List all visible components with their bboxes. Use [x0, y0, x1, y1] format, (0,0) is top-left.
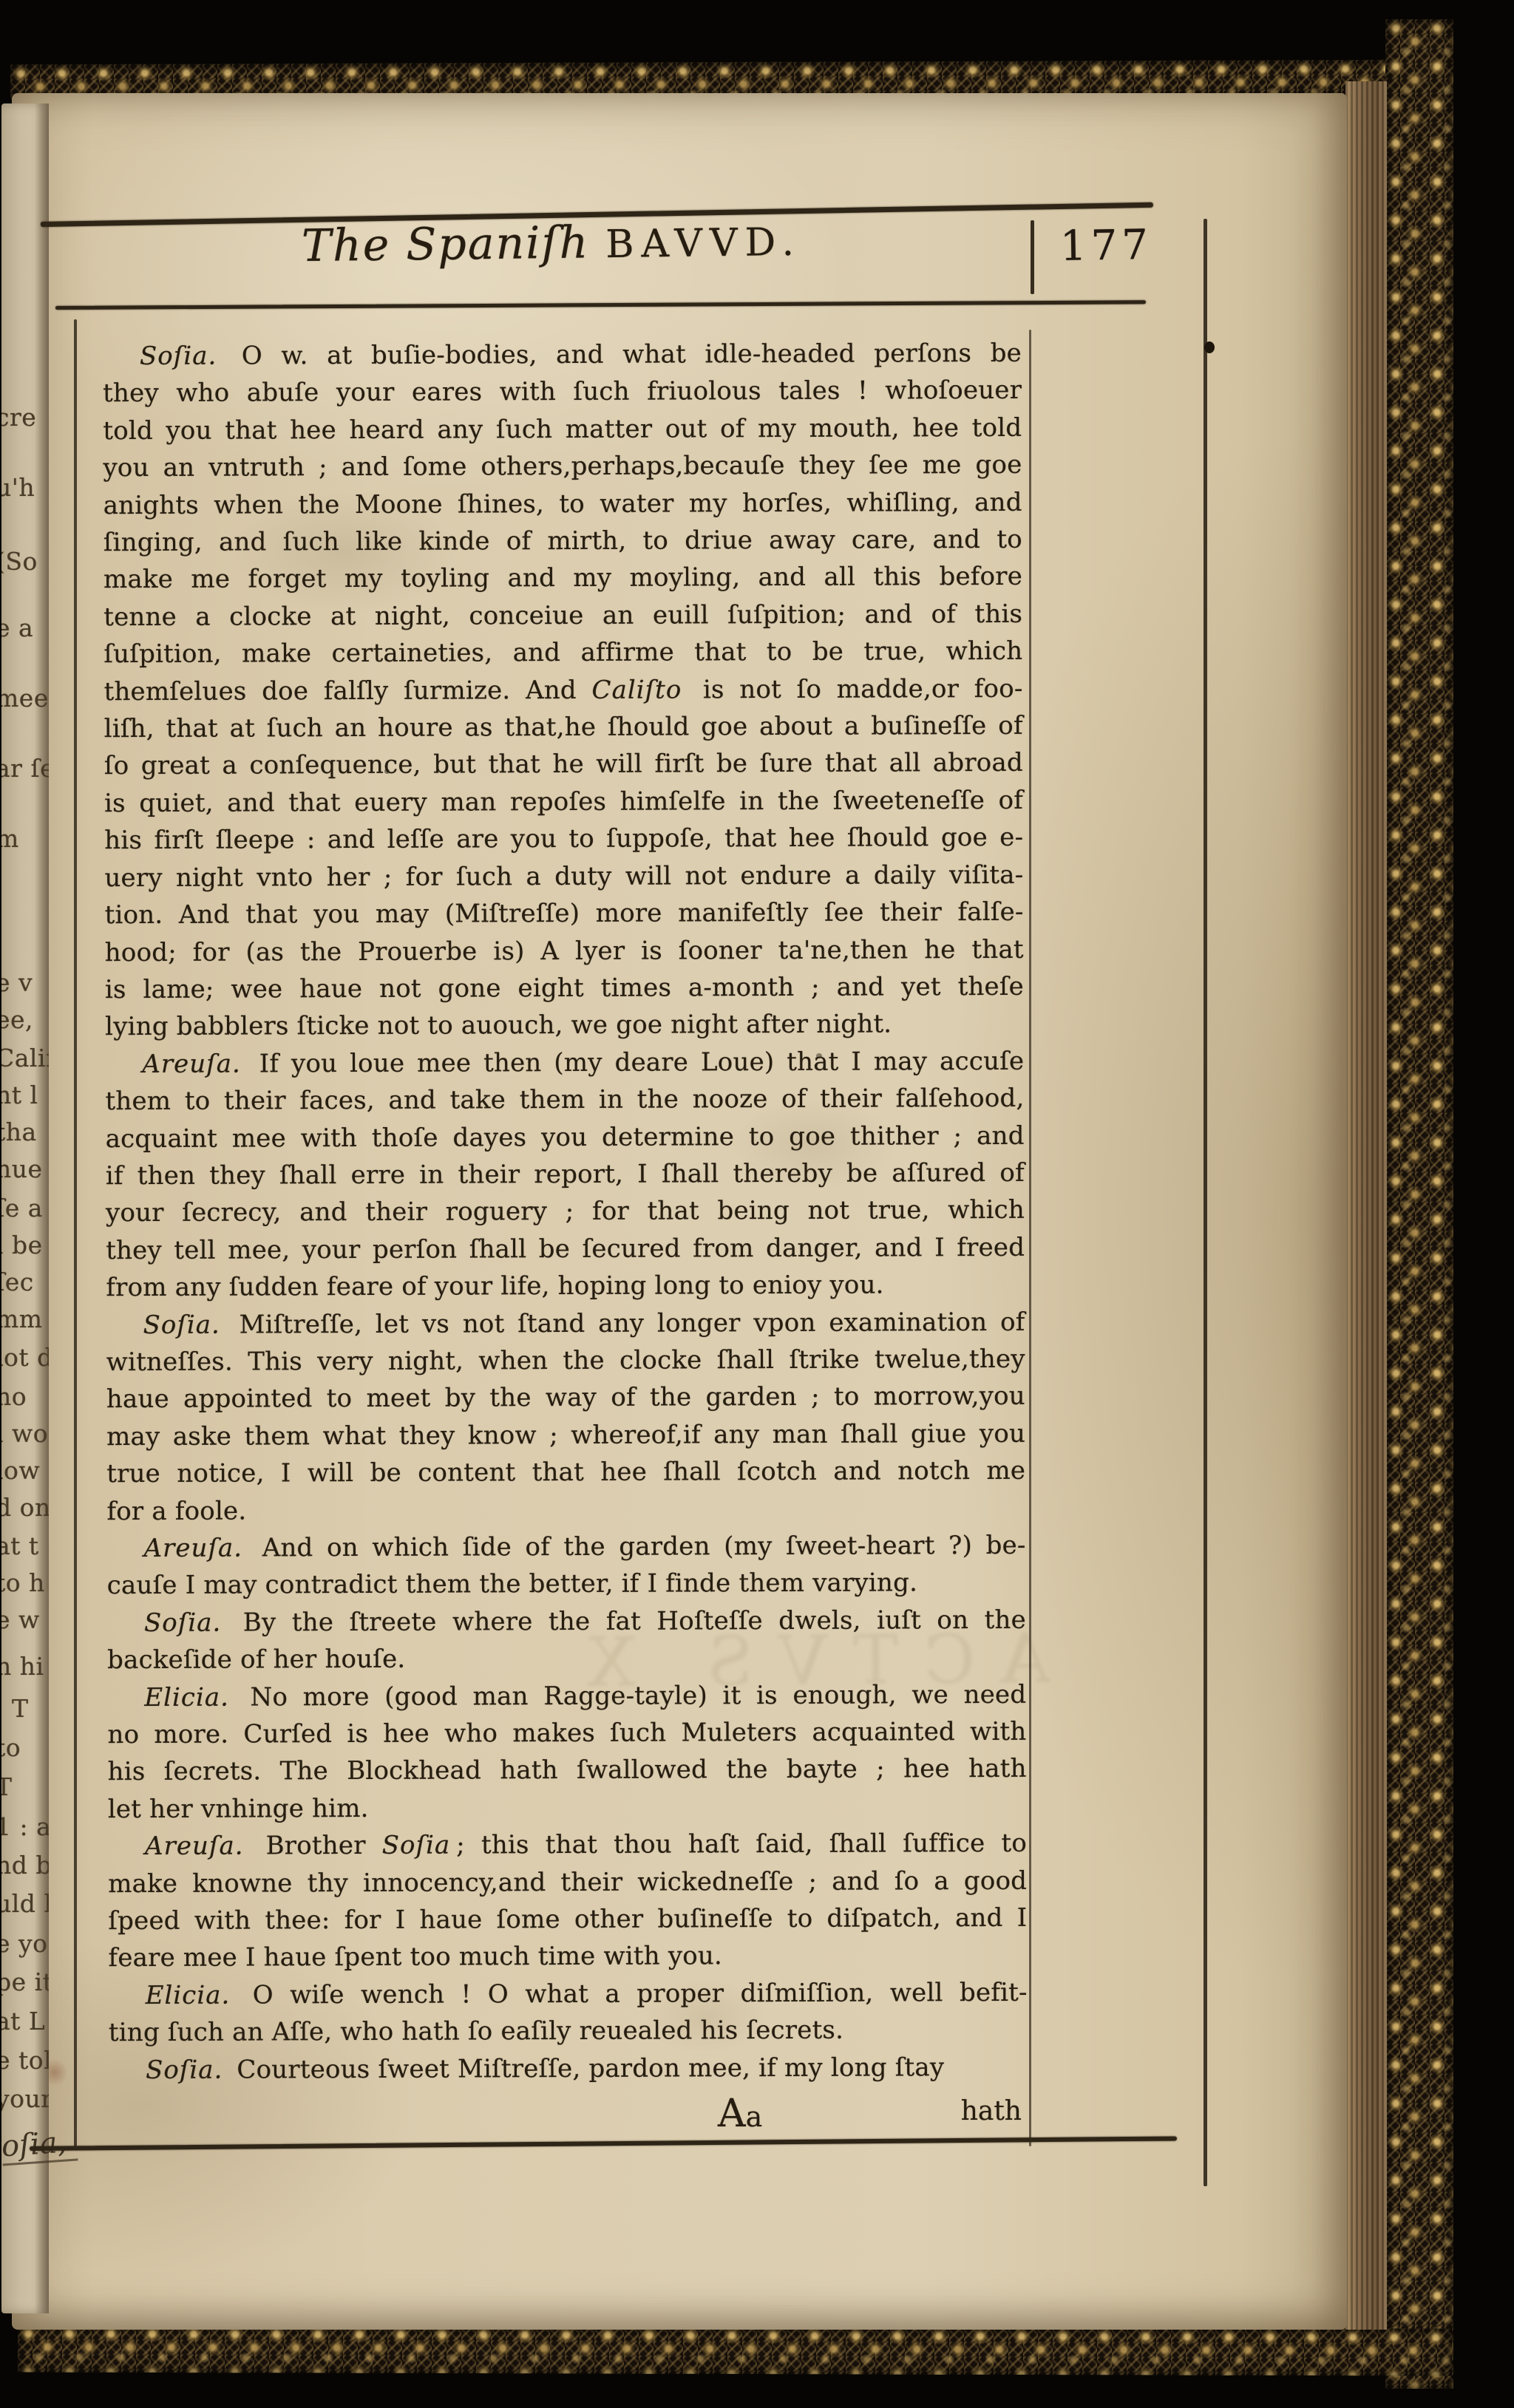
text-line: make me forget my toyling and my moyling…	[103, 558, 1022, 599]
margin-text-fragment: l be	[1, 1231, 43, 1259]
page-number: 177	[1059, 221, 1149, 271]
margin-scribble: oſia,	[0, 2124, 78, 2166]
gilt-edge-bottom	[18, 2324, 1452, 2375]
text-line: ſpeed with thee: for I haue ſome other b…	[108, 1899, 1027, 1940]
text-line: his ſecrets. The Blockhead hath ſwallowe…	[108, 1750, 1027, 1791]
margin-text-fragment: nue	[1, 1154, 43, 1183]
text-line: feare mee I haue ſpent too much time wit…	[108, 1936, 1027, 1977]
margin-text-fragment: to	[1, 1733, 21, 1762]
text-line: acquaint mee with thoſe dayes you determ…	[106, 1117, 1025, 1157]
text-line: lying babblers ſticke not to auouch, we …	[105, 1005, 1024, 1046]
text-line: if then they ſhall erre in their report,…	[106, 1154, 1025, 1195]
margin-text-fragment: at t	[1, 1531, 39, 1560]
text-line: ſo great a conſequence, but that he will…	[104, 744, 1023, 785]
margin-text-fragment: to h	[1, 1568, 45, 1597]
margin-text-fragment: e v	[1, 968, 33, 997]
text-line: themſelues doe falſly ſurmize. And Caliſ…	[103, 670, 1022, 710]
running-title-caps: BAVVD.	[605, 220, 801, 267]
direction-line: Aa hath	[106, 2092, 1025, 2136]
margin-text-fragment: ſec	[1, 1268, 34, 1296]
text-line: his firſt ſleepe : and leſſe are you to …	[104, 819, 1023, 860]
photo-of-open-book: { "colors":{ "background":"#060503", "pa…	[0, 0, 1514, 2408]
text-line: backeſide of her houſe.	[107, 1639, 1026, 1679]
text-line: cauſe I may contradict them the better, …	[107, 1564, 1026, 1605]
catchword: hath	[961, 2096, 1022, 2126]
text-line: Areuſa. And on which ſide of the garden …	[106, 1527, 1025, 1568]
margin-text-fragment: (So	[1, 547, 38, 576]
text-line: ſinging, and ſuch like kinde of mirth, t…	[103, 521, 1022, 562]
margin-text-fragment: T	[1, 1772, 13, 1801]
margin-text-fragment: ht l	[1, 1081, 38, 1109]
text-line: true notice, I will be content that hee …	[106, 1452, 1025, 1493]
text-line: Soſia. By the ſtreete where the fat Hoſt…	[107, 1602, 1026, 1642]
margin-text-fragment: e a	[1, 613, 33, 642]
text-frame-left-rule	[74, 319, 77, 2148]
text-line: is lame; wee haue not gone eight times a…	[105, 968, 1024, 1009]
text-line: may aske them what they know ; whereof,i…	[106, 1415, 1025, 1456]
text-line: liſh, that at ſuch an houre as that,he ſ…	[104, 707, 1023, 748]
text-line: Soſia. O w. at buſie-bodies, and what id…	[103, 335, 1022, 375]
margin-text-fragment: ee,	[1, 1005, 33, 1034]
text-line: Areuſa. Brother Soſia; this that thou ha…	[108, 1825, 1027, 1865]
margin-text-fragment: e told	[1, 2046, 49, 2075]
margin-text-fragment: e yo	[1, 1929, 48, 1958]
margin-text-fragment: cre	[1, 403, 36, 432]
gilt-edge-right	[1385, 19, 1453, 2389]
text-line: for a foole.	[106, 1489, 1025, 1530]
margin-text-fragment: ar ſe	[1, 754, 49, 783]
text-line: witneſſes. This very night, when the clo…	[106, 1341, 1025, 1381]
outer-margin-rule	[1204, 219, 1207, 2186]
margin-text-fragment: d on	[1, 1493, 49, 1522]
text-line: ting ſuch an Aſſe, who hath ſo eaſily re…	[109, 2011, 1028, 2052]
margin-text-fragment: at L	[1, 2007, 45, 2035]
text-line: told you that hee heard any ſuch matter …	[103, 409, 1022, 450]
margin-text-fragment: no	[1, 1382, 27, 1411]
text-line: your ſecrecy, and their roguery ; for th…	[106, 1191, 1025, 1232]
page-block-edge	[1345, 81, 1387, 2330]
margin-text-fragment: . T	[1, 1694, 29, 1723]
text-line: Areuſa. If you loue mee then (my deare L…	[105, 1043, 1024, 1084]
margin-text-fragment: your	[1, 2084, 49, 2113]
text-line: them to their faces, and take them in th…	[105, 1080, 1024, 1120]
margin-text-fragment: Caliſ	[1, 1044, 49, 1072]
text-line: anights when the Moone ſhines, to water …	[103, 483, 1022, 524]
margin-text-fragment: mm	[1, 1305, 43, 1333]
margin-text-fragment: iot d	[1, 1343, 49, 1372]
text-line: Elicia. No more (good man Ragge-tayle) i…	[107, 1676, 1026, 1716]
margin-text-fragment: u'h	[1, 473, 35, 502]
margin-text-fragment: l wo	[1, 1419, 48, 1448]
margin-text-fragment: pe it	[1, 1967, 49, 1996]
text-line: tion. And that you may (Miſtreſſe) more …	[105, 894, 1024, 934]
text-line: let her vnhinge him.	[108, 1788, 1027, 1829]
text-line: is quiet, and that euery man repoſes him…	[104, 782, 1023, 823]
text-line: Elicia. O wiſe wench ! O what a proper d…	[109, 1974, 1028, 2015]
text-line: no more. Curſed is hee who makes ſuch Mu…	[107, 1713, 1026, 1754]
margin-text-fragment: tha	[1, 1118, 37, 1146]
margin-text-fragment: mee	[1, 684, 49, 712]
running-title-italic: The Spaniſh	[302, 217, 590, 272]
text-line: they tell mee, your perſon ſhall be ſecu…	[106, 1229, 1025, 1270]
text-line: make knowne thy innocency,and their wick…	[108, 1862, 1027, 1902]
signature-mark-small: a	[746, 2101, 763, 2133]
signature-mark: Aa	[718, 2092, 762, 2136]
text-line: they who abuſe your eares with ſuch friu…	[103, 372, 1022, 412]
margin-text-fragment: low	[1, 1456, 40, 1485]
margin-text-fragment: ſe a	[1, 1194, 43, 1222]
text-line: Soſia. Miſtreſſe, let vs not ſtand any l…	[106, 1303, 1025, 1344]
text-frame-right-rule	[1029, 330, 1031, 2146]
text-column: Soſia. O w. at buſie-bodies, and what id…	[103, 335, 1028, 2089]
margin-text-fragment: e w	[1, 1605, 40, 1634]
margin-text-fragment: 1 : a	[1, 1812, 49, 1841]
text-line: ſuſpition, make certaineties, and affirm…	[103, 633, 1022, 673]
signature-mark-large: A	[718, 2092, 746, 2136]
text-line: hood; for (as the Prouerbe is) A lyer is…	[105, 931, 1024, 971]
text-line: uery night vnto her ; for ſuch a duty wi…	[104, 857, 1023, 897]
text-line: tenne a clocke at night, conceiue an eui…	[103, 596, 1022, 636]
running-header: The Spaniſh BAVVD.	[302, 211, 1042, 272]
under-pages-strip: creu'h(Soe ameear ſeme vee,Caliſht lthan…	[1, 103, 49, 2313]
text-line: haue appointed to meet by the way of the…	[106, 1378, 1025, 1418]
margin-text-fragment: uld h	[1, 1889, 49, 1918]
margin-text-fragment: m	[1, 824, 19, 853]
margin-text-fragment: h hi	[1, 1652, 44, 1681]
text-line: you an vntruth ; and ſome others,perhaps…	[103, 446, 1022, 487]
margin-text-fragment: nd b	[1, 1851, 49, 1880]
text-line: Soſia. Courteous ſweet Miſtreſſe, pardon…	[109, 2049, 1028, 2089]
text-line: from any ſudden feare of your life, hopi…	[106, 1266, 1025, 1307]
ink-speck	[1204, 341, 1215, 353]
